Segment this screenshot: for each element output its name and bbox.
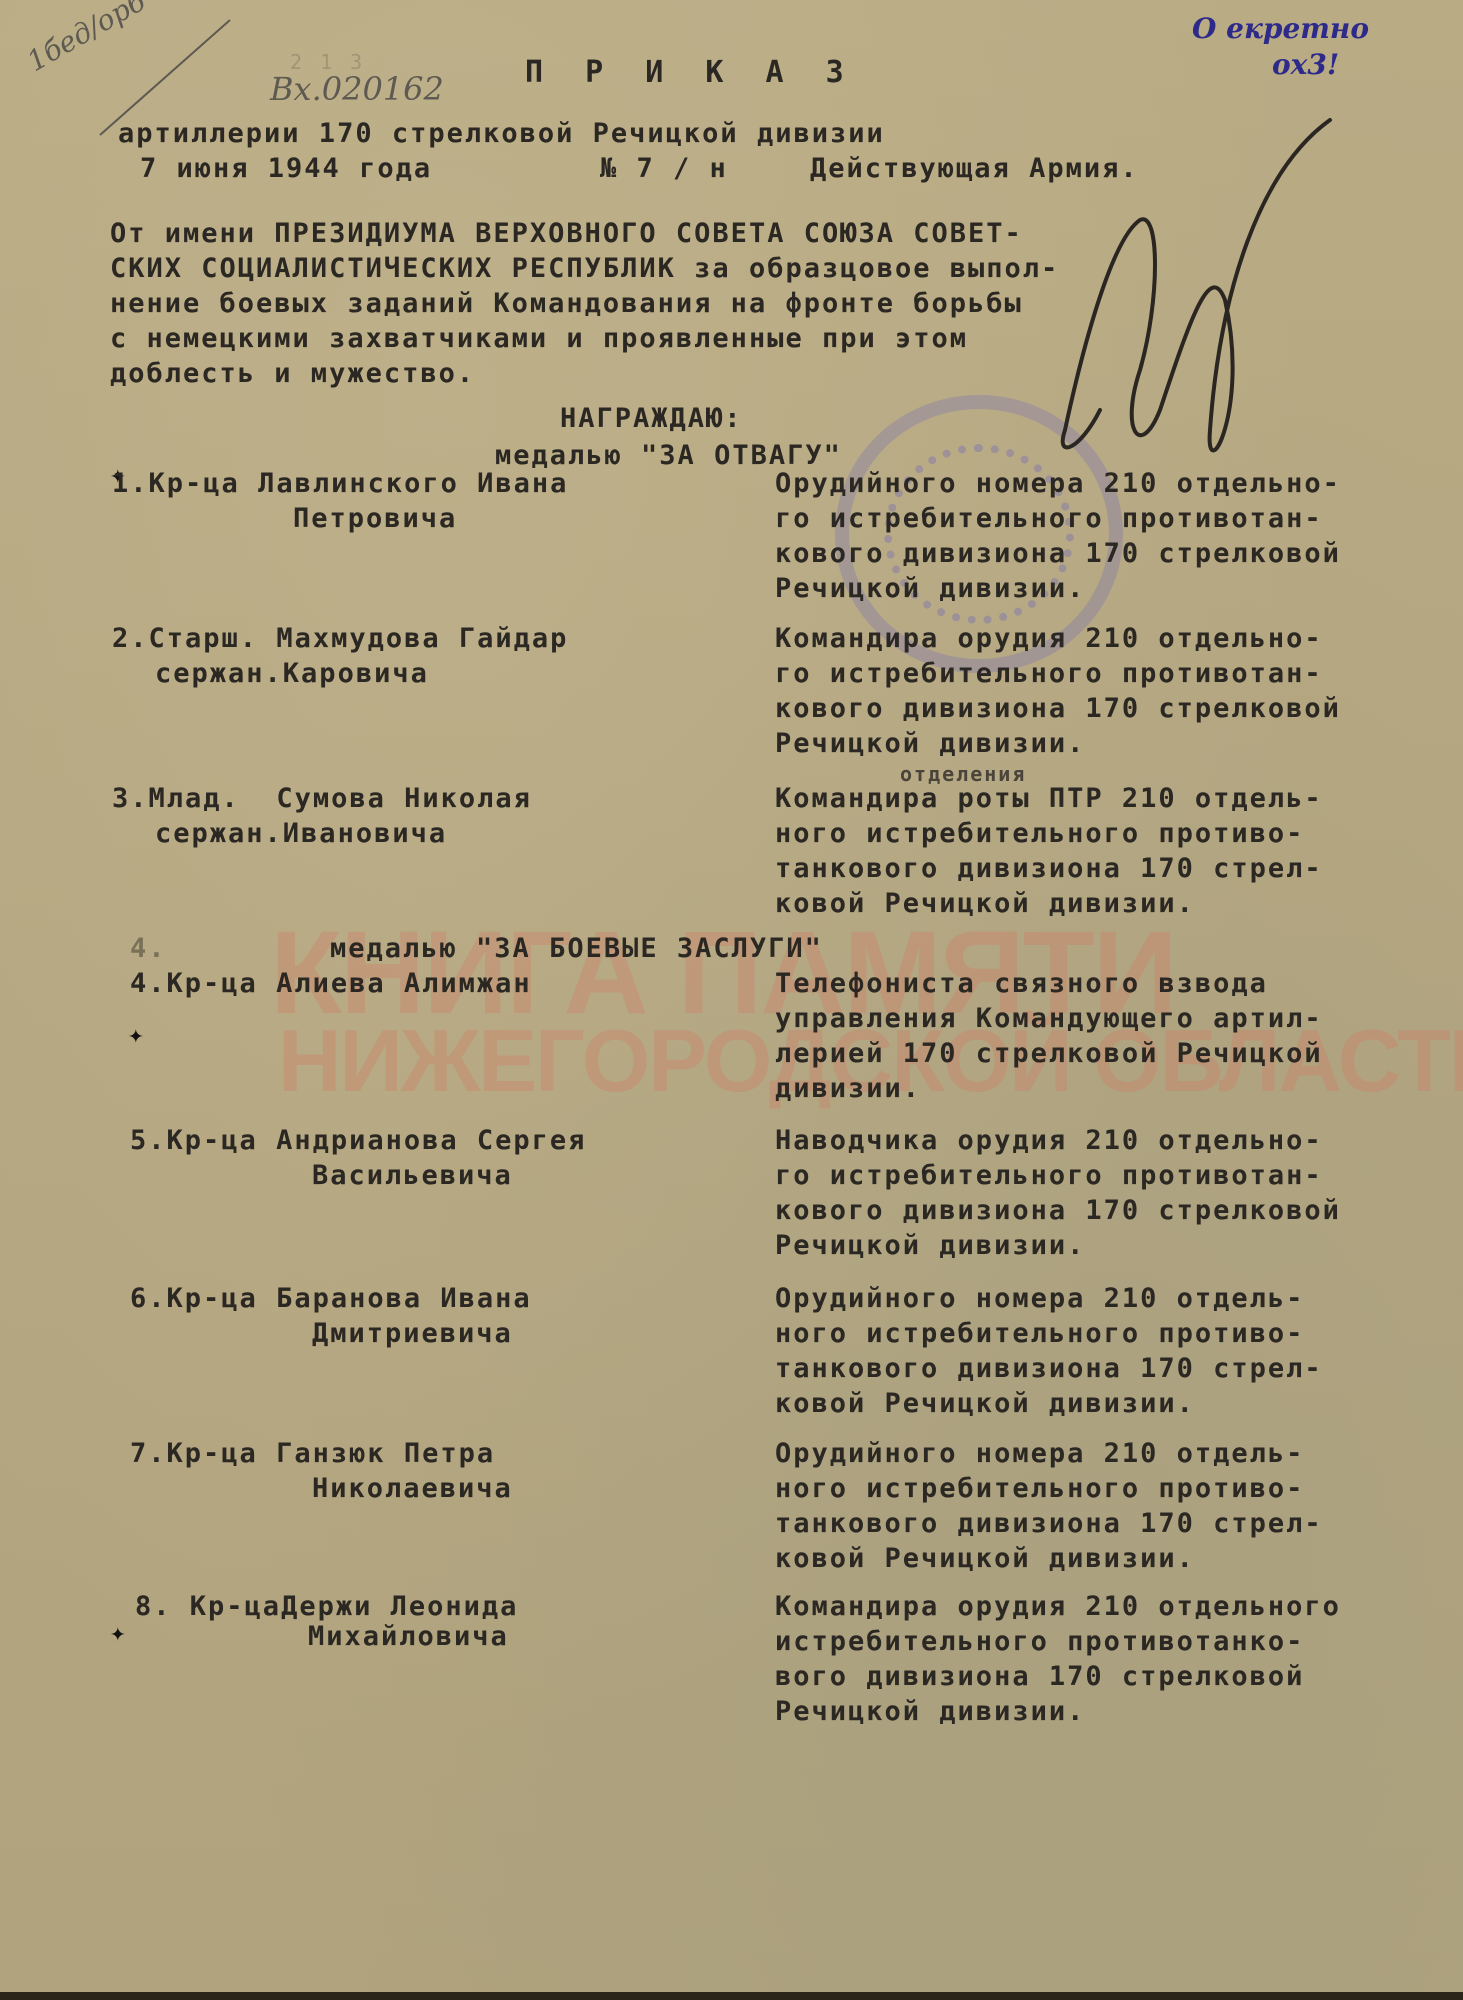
entry-2-patronymic: сержан.Каровича xyxy=(155,655,429,693)
ink-note-line1: О екретно xyxy=(1192,12,1369,45)
signature-mark-icon xyxy=(1040,110,1340,490)
entry-4-desc: дивизии. xyxy=(775,1070,921,1108)
entry-3-name: 3.Млад. Сумова Николая xyxy=(112,780,532,818)
preamble-line: с немецкими захватчиками и проявленные п… xyxy=(110,320,968,358)
pencil-note-registration: Вх.020162 xyxy=(270,70,444,108)
entry-8-desc: истребительного противотанко- xyxy=(775,1623,1304,1661)
entry-8-desc: Командира орудия 210 отдельного xyxy=(775,1588,1341,1626)
entry-7-name: 7.Кр-ца Ганзюк Петра xyxy=(130,1435,495,1473)
entry-1-desc: Речицкой дивизии. xyxy=(775,570,1085,608)
award-verb: НАГРАЖДАЮ: xyxy=(560,400,743,438)
header-date: 7 июня 1944 года xyxy=(140,150,432,188)
entry-2-name: 2.Старш. Махмудова Гайдар xyxy=(112,620,568,658)
header-number: № 7 / н xyxy=(600,150,728,188)
entry-4-desc: лерией 170 стрелковой Речицкой xyxy=(775,1035,1323,1073)
entry-2-desc: Речицкой дивизии. xyxy=(775,725,1085,763)
entry-1-desc: кового дивизиона 170 стрелковой xyxy=(775,535,1341,573)
entry-3-desc: танкового дивизиона 170 стрел- xyxy=(775,850,1323,888)
entry-1-name: 1.Кр-ца Лавлинского Ивана xyxy=(112,465,568,503)
document-title: П Р И К А З xyxy=(525,55,856,90)
entry-6-name: 6.Кр-ца Баранова Ивана xyxy=(130,1280,532,1318)
preamble-line: От имени ПРЕЗИДИУМА ВЕРХОВНОГО СОВЕТА СО… xyxy=(110,215,1023,253)
entry-7-desc: ковой Речицкой дивизии. xyxy=(775,1540,1195,1578)
header-org-line: артиллерии 170 стрелковой Речицкой дивиз… xyxy=(118,115,885,153)
preamble-line: нение боевых заданий Командования на фро… xyxy=(110,285,1023,323)
entry-3-desc: ковой Речицкой дивизии. xyxy=(775,885,1195,923)
entry-5-desc: Наводчика орудия 210 отдельно- xyxy=(775,1122,1323,1160)
entry-8-patronymic: Михайловича xyxy=(308,1618,509,1656)
entry-2-desc: Командира орудия 210 отдельно- xyxy=(775,620,1323,658)
entry-7-desc: Орудийного номера 210 отдель- xyxy=(775,1435,1304,1473)
entry-8-desc: Речицкой дивизии. xyxy=(775,1693,1085,1731)
entry-1-desc: го истребительного противотан- xyxy=(775,500,1323,538)
entry-6-desc: ковой Речицкой дивизии. xyxy=(775,1385,1195,1423)
entry-5-patronymic: Васильевича xyxy=(312,1157,513,1195)
entry-3-desc: Командира роты ПТР 210 отдель- xyxy=(775,780,1323,818)
entry-5-desc: го истребительного противотан- xyxy=(775,1157,1323,1195)
preamble-line: СКИХ СОЦИАЛИСТИЧЕСКИХ РЕСПУБЛИК за образ… xyxy=(110,250,1059,288)
entry-4-desc: управления Командующего артил- xyxy=(775,1000,1323,1038)
ink-note-line2: ох3! xyxy=(1272,48,1339,81)
punch-hole-icon: ✦ xyxy=(128,1020,144,1050)
entry-4-desc: Телефониста связного взвода xyxy=(775,965,1268,1003)
medal-num-faint: 4. xyxy=(130,930,167,968)
document-page: КНИГА ПАМЯТИ НИЖЕГОРОДСКОЙ ОБЛАСТИ 1бед/… xyxy=(0,0,1463,2000)
entry-5-desc: Речицкой дивизии. xyxy=(775,1227,1085,1265)
entry-1-desc: Орудийного номера 210 отдельно- xyxy=(775,465,1341,503)
entry-2-desc: го истребительного противотан- xyxy=(775,655,1323,693)
medal-heading-combat-merit: медалью "ЗА БОЕВЫЕ ЗАСЛУГИ" xyxy=(330,930,823,968)
entry-3-desc: ного истребительного противо- xyxy=(775,815,1304,853)
entry-4-name: 4.Кр-ца Алиева Алимжан xyxy=(130,965,532,1003)
punch-hole-icon: ✦ xyxy=(110,1618,126,1648)
entry-7-desc: ного истребительного противо- xyxy=(775,1470,1304,1508)
entry-5-desc: кового дивизиона 170 стрелковой xyxy=(775,1192,1341,1230)
entry-7-patronymic: Николаевича xyxy=(312,1470,513,1508)
entry-2-desc: кового дивизиона 170 стрелковой xyxy=(775,690,1341,728)
entry-8-desc: вого дивизиона 170 стрелковой xyxy=(775,1658,1304,1696)
entry-6-desc: Орудийного номера 210 отдель- xyxy=(775,1280,1304,1318)
ghost-text-top: 2 1 3 xyxy=(290,50,365,74)
entry-5-name: 5.Кр-ца Андрианова Сергея xyxy=(130,1122,586,1160)
entry-7-desc: танкового дивизиона 170 стрел- xyxy=(775,1505,1323,1543)
entry-1-patronymic: Петровича xyxy=(293,500,457,538)
entry-6-desc: танкового дивизиона 170 стрел- xyxy=(775,1350,1323,1388)
entry-3-patronymic: сержан.Ивановича xyxy=(155,815,447,853)
preamble-line: доблесть и мужество. xyxy=(110,355,475,393)
entry-6-patronymic: Дмитриевича xyxy=(312,1315,513,1353)
entry-6-desc: ного истребительного противо- xyxy=(775,1315,1304,1353)
